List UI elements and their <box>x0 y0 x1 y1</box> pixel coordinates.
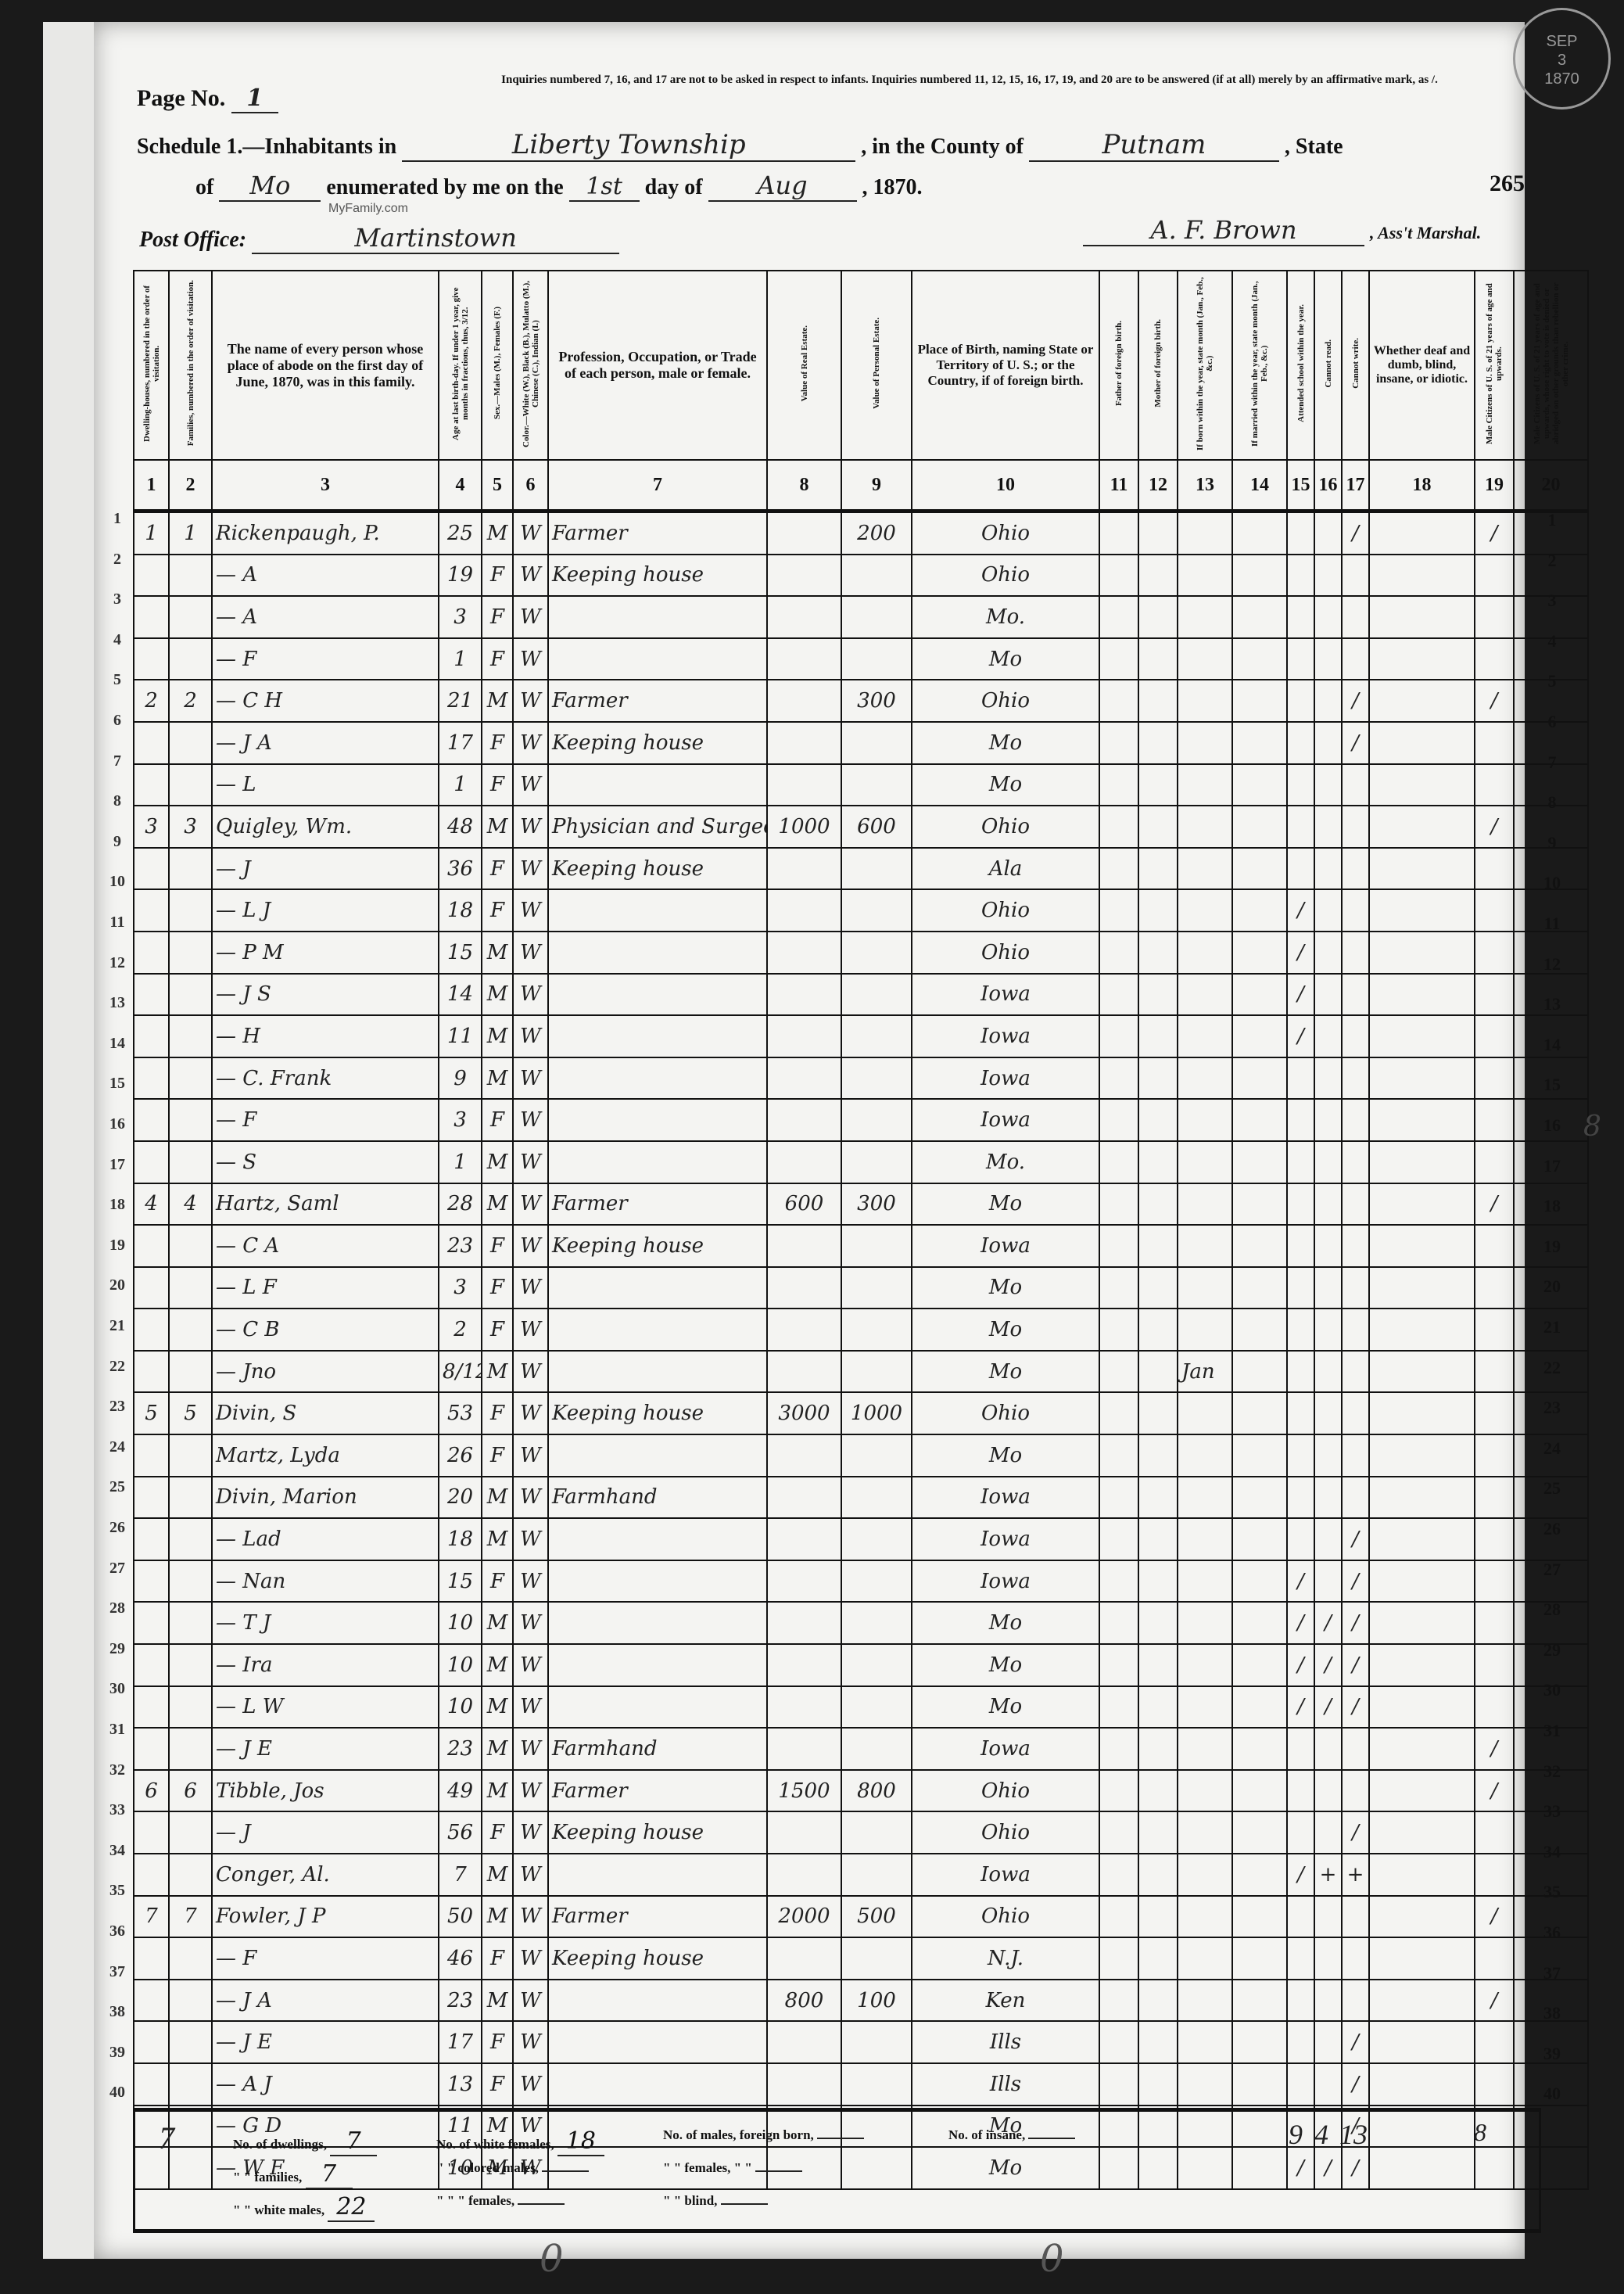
real-estate-value-cell <box>767 1057 841 1100</box>
column-number: 12 <box>1138 460 1178 512</box>
real-estate-value-cell: 1500 <box>767 1770 841 1812</box>
occupation-cell: Farmer <box>548 680 767 722</box>
occupation-cell <box>548 764 767 806</box>
married-within-year-cell <box>1232 2063 1287 2106</box>
foreign-males-label: No. of males, foreign born, <box>663 2127 814 2142</box>
foreign-females-summary: " " females, " " <box>663 2160 802 2176</box>
marshal-line: A. F. Brown , Ass't Marshal. <box>1083 215 1481 246</box>
color-cell: W <box>513 1518 548 1560</box>
male-citizen-cell: / <box>1475 1770 1514 1812</box>
cannot-write-cell <box>1342 1980 1369 2022</box>
post-office-value: Martinstown <box>252 223 619 254</box>
census-row: 11Rickenpaugh, P.25MWFarmer200Ohio// <box>134 512 1588 555</box>
male-citizen-cell <box>1475 722 1514 764</box>
census-row: — H11MWIowa/ <box>134 1015 1588 1057</box>
age-cell: 26 <box>439 1434 482 1477</box>
person-name-cell: — J A <box>212 722 439 764</box>
male-citizen-cell <box>1475 1267 1514 1309</box>
attended-school-cell: / <box>1287 1686 1314 1729</box>
vote-denied-cell <box>1514 680 1588 722</box>
colored-males-summary: " " colored males, <box>436 2160 589 2176</box>
real-estate-value-cell <box>767 1728 841 1770</box>
birthplace-cell: Ken <box>912 1980 1099 2022</box>
cannot-write-cell: / <box>1342 1518 1369 1560</box>
dwelling-number-cell <box>134 1267 169 1309</box>
person-name-cell: — Ira <box>212 1644 439 1686</box>
personal-estate-value-cell <box>841 1099 912 1141</box>
father-foreign-cell <box>1099 764 1138 806</box>
age-cell: 49 <box>439 1770 482 1812</box>
page-no-label: Page No. <box>137 85 225 111</box>
age-cell: 18 <box>439 889 482 932</box>
color-cell: W <box>513 1309 548 1351</box>
deaf-blind-cell <box>1369 2021 1475 2063</box>
attended-school-cell <box>1287 764 1314 806</box>
birthplace-cell: Iowa <box>912 1099 1099 1141</box>
attended-school-cell: / <box>1287 1560 1314 1603</box>
age-cell: 14 <box>439 974 482 1016</box>
male-citizen-cell <box>1475 1644 1514 1686</box>
vote-denied-cell <box>1514 512 1588 555</box>
vote-denied-cell <box>1514 2021 1588 2063</box>
col-header-real-estate: Value of Real Estate. <box>767 271 841 460</box>
married-within-year-cell <box>1232 1560 1287 1603</box>
marshal-signature: A. F. Brown <box>1083 215 1364 246</box>
dwelling-number-cell <box>134 1937 169 1980</box>
born-within-year-cell <box>1178 1854 1232 1896</box>
vote-denied-cell <box>1514 1392 1588 1434</box>
deaf-blind-cell <box>1369 806 1475 848</box>
cannot-read-cell <box>1314 806 1342 848</box>
attended-school-cell <box>1287 555 1314 597</box>
census-row: 44Hartz, Saml28MWFarmer600300Mo/ <box>134 1183 1588 1226</box>
cannot-read-cell <box>1314 764 1342 806</box>
enumerated-label: enumerated by me on the <box>326 175 563 199</box>
census-row: 77Fowler, J P50MWFarmer2000500Ohio/ <box>134 1896 1588 1938</box>
mother-foreign-cell <box>1138 974 1178 1016</box>
dwelling-number-cell <box>134 596 169 638</box>
color-cell: W <box>513 932 548 974</box>
census-row: — C A23FWKeeping houseIowa <box>134 1225 1588 1267</box>
personal-estate-value-cell <box>841 1015 912 1057</box>
census-row: 66Tibble, Jos49MWFarmer1500800Ohio/ <box>134 1770 1588 1812</box>
col-header-cannot-write: Cannot write. <box>1342 271 1369 460</box>
cannot-read-cell <box>1314 1392 1342 1434</box>
family-number-cell <box>169 1267 212 1309</box>
column-number-row: 1234567891011121314151617181920 <box>134 460 1588 512</box>
personal-estate-value-cell <box>841 1351 912 1393</box>
person-name-cell: — L J <box>212 889 439 932</box>
dwelling-number-cell <box>134 2063 169 2106</box>
cannot-read-cell <box>1314 1937 1342 1980</box>
real-estate-value-cell <box>767 764 841 806</box>
dwelling-number-cell: 1 <box>134 512 169 555</box>
mother-foreign-cell <box>1138 1351 1178 1393</box>
age-cell: 25 <box>439 512 482 555</box>
male-citizen-cell: / <box>1475 806 1514 848</box>
born-within-year-cell <box>1178 1015 1232 1057</box>
real-estate-value-cell <box>767 722 841 764</box>
person-name-cell: — A J <box>212 2063 439 2106</box>
family-number-cell <box>169 2021 212 2063</box>
birthplace-cell: Ohio <box>912 1896 1099 1938</box>
census-row: — J A17FWKeeping houseMo/ <box>134 722 1588 764</box>
attended-school-cell: / <box>1287 1854 1314 1896</box>
father-foreign-cell <box>1099 932 1138 974</box>
attended-school-cell: / <box>1287 974 1314 1016</box>
cannot-read-cell: / <box>1314 1686 1342 1729</box>
person-name-cell: — C A <box>212 1225 439 1267</box>
color-cell: W <box>513 2021 548 2063</box>
personal-estate-value-cell: 200 <box>841 512 912 555</box>
person-name-cell: — S <box>212 1141 439 1183</box>
mother-foreign-cell <box>1138 889 1178 932</box>
mother-foreign-cell <box>1138 764 1178 806</box>
attended-school-cell <box>1287 1728 1314 1770</box>
father-foreign-cell <box>1099 512 1138 555</box>
color-cell: W <box>513 889 548 932</box>
census-row: Martz, Lyda26FWMo <box>134 1434 1588 1477</box>
cannot-write-cell <box>1342 1434 1369 1477</box>
mother-foreign-cell <box>1138 1392 1178 1434</box>
sex-cell: F <box>482 1560 513 1603</box>
father-foreign-cell <box>1099 1183 1138 1226</box>
person-name-cell: — J A <box>212 1980 439 2022</box>
real-estate-value-cell <box>767 1477 841 1519</box>
real-estate-value-cell: 1000 <box>767 806 841 848</box>
personal-estate-value-cell <box>841 1602 912 1644</box>
sex-cell: M <box>482 1686 513 1729</box>
born-within-year-cell: Jan <box>1178 1351 1232 1393</box>
col-header-occupation: Profession, Occupation, or Trade of each… <box>548 271 767 460</box>
dwelling-number-cell <box>134 555 169 597</box>
total-cannot-write: 13 <box>1339 2118 1368 2151</box>
dwelling-number-cell: 2 <box>134 680 169 722</box>
born-within-year-cell <box>1178 1434 1232 1477</box>
day-of-label: day of <box>645 175 703 199</box>
father-foreign-cell <box>1099 1057 1138 1100</box>
cannot-write-cell <box>1342 1937 1369 1980</box>
attended-school-cell <box>1287 1811 1314 1854</box>
cannot-read-cell <box>1314 1099 1342 1141</box>
married-within-year-cell <box>1232 1225 1287 1267</box>
mother-foreign-cell <box>1138 1141 1178 1183</box>
attended-school-cell <box>1287 2063 1314 2106</box>
born-within-year-cell <box>1178 806 1232 848</box>
age-cell: 11 <box>439 1015 482 1057</box>
person-name-cell: — J E <box>212 1728 439 1770</box>
cannot-write-cell: + <box>1342 1854 1369 1896</box>
column-number: 3 <box>212 460 439 512</box>
father-foreign-cell <box>1099 1392 1138 1434</box>
birthplace-cell: Iowa <box>912 974 1099 1016</box>
mother-foreign-cell <box>1138 1477 1178 1519</box>
color-cell: W <box>513 1896 548 1938</box>
sex-cell: F <box>482 889 513 932</box>
person-name-cell: Hartz, Saml <box>212 1183 439 1226</box>
color-cell: W <box>513 1183 548 1226</box>
occupation-cell: Physician and Surgeon <box>548 806 767 848</box>
color-cell: W <box>513 1770 548 1812</box>
deaf-blind-cell <box>1369 848 1475 890</box>
col-header-name: The name of every person whose place of … <box>212 271 439 460</box>
attended-school-cell <box>1287 1099 1314 1141</box>
vote-denied-cell <box>1514 1225 1588 1267</box>
census-row: — A19FWKeeping houseOhio <box>134 555 1588 597</box>
age-cell: 23 <box>439 1980 482 2022</box>
real-estate-value-cell <box>767 1686 841 1729</box>
township-value: Liberty Township <box>402 129 855 162</box>
colored-males-value <box>542 2170 589 2172</box>
dwelling-number-cell <box>134 2021 169 2063</box>
foreign-females-value <box>755 2170 802 2172</box>
column-number: 4 <box>439 460 482 512</box>
deaf-blind-cell <box>1369 889 1475 932</box>
census-row: — T J10MWMo/// <box>134 1602 1588 1644</box>
married-within-year-cell <box>1232 1980 1287 2022</box>
personal-estate-value-cell <box>841 1686 912 1729</box>
real-estate-value-cell <box>767 932 841 974</box>
male-citizen-cell <box>1475 1057 1514 1100</box>
county-label: , in the County of <box>861 135 1024 159</box>
mother-foreign-cell <box>1138 806 1178 848</box>
left-row-number: 31 <box>102 1721 133 1739</box>
real-estate-value-cell: 3000 <box>767 1392 841 1434</box>
male-citizen-cell <box>1475 1686 1514 1729</box>
age-cell: 3 <box>439 1099 482 1141</box>
married-within-year-cell <box>1232 932 1287 974</box>
cannot-write-cell <box>1342 1392 1369 1434</box>
color-cell: W <box>513 1057 548 1100</box>
attended-school-cell <box>1287 722 1314 764</box>
father-foreign-cell <box>1099 1141 1138 1183</box>
cannot-write-cell: / <box>1342 1811 1369 1854</box>
cannot-read-cell <box>1314 1518 1342 1560</box>
married-within-year-cell <box>1232 1811 1287 1854</box>
cannot-write-cell <box>1342 638 1369 680</box>
attended-school-cell: / <box>1287 889 1314 932</box>
birthplace-cell: Iowa <box>912 1518 1099 1560</box>
dwelling-number-cell <box>134 1980 169 2022</box>
occupation-cell <box>548 1015 767 1057</box>
census-row: — L J18FWOhio/ <box>134 889 1588 932</box>
age-cell: 17 <box>439 2021 482 2063</box>
census-row: — L W10MWMo/// <box>134 1686 1588 1729</box>
enumeration-line: of Mo enumerated by me on the 1st day of… <box>195 171 923 202</box>
birthplace-cell: Mo <box>912 1434 1099 1477</box>
married-within-year-cell <box>1232 1267 1287 1309</box>
personal-estate-value-cell <box>841 1477 912 1519</box>
attended-school-cell: / <box>1287 1602 1314 1644</box>
column-number: 15 <box>1287 460 1314 512</box>
male-citizen-cell <box>1475 1099 1514 1141</box>
family-number-cell: 7 <box>169 1896 212 1938</box>
sex-cell: F <box>482 1937 513 1980</box>
married-within-year-cell <box>1232 1477 1287 1519</box>
attended-school-cell <box>1287 1351 1314 1393</box>
married-within-year-cell <box>1232 1434 1287 1477</box>
occupation-cell <box>548 1057 767 1100</box>
occupation-cell <box>548 889 767 932</box>
father-foreign-cell <box>1099 848 1138 890</box>
male-citizen-cell <box>1475 974 1514 1016</box>
cannot-write-cell <box>1342 1015 1369 1057</box>
married-within-year-cell <box>1232 1896 1287 1938</box>
family-number-cell <box>169 1309 212 1351</box>
age-cell: 50 <box>439 1896 482 1938</box>
color-cell: W <box>513 555 548 597</box>
total-male-citizens: 8 <box>1474 2118 1486 2147</box>
person-name-cell: — H <box>212 1015 439 1057</box>
family-number-cell <box>169 555 212 597</box>
family-number-cell <box>169 638 212 680</box>
vote-denied-cell <box>1514 1267 1588 1309</box>
cannot-read-cell <box>1314 1141 1342 1183</box>
vote-denied-cell <box>1514 1896 1588 1938</box>
male-citizen-cell <box>1475 889 1514 932</box>
father-foreign-cell <box>1099 1309 1138 1351</box>
sex-cell: M <box>482 1896 513 1938</box>
father-foreign-cell <box>1099 680 1138 722</box>
census-row: — F3FWIowa <box>134 1099 1588 1141</box>
birthplace-cell: Iowa <box>912 1728 1099 1770</box>
person-name-cell: — C. Frank <box>212 1057 439 1100</box>
married-within-year-cell <box>1232 1351 1287 1393</box>
married-within-year-cell <box>1232 722 1287 764</box>
left-row-number: 11 <box>102 914 133 932</box>
married-within-year-cell <box>1232 1644 1287 1686</box>
cannot-write-cell: / <box>1342 722 1369 764</box>
dwellings-summary: No. of dwellings, 7 <box>233 2127 377 2156</box>
cannot-read-cell <box>1314 680 1342 722</box>
col-header-born-within-year: If born within the year, state month (Ja… <box>1178 271 1232 460</box>
birthplace-cell: Iowa <box>912 1225 1099 1267</box>
attended-school-cell <box>1287 1392 1314 1434</box>
dwelling-number-cell: 7 <box>134 1896 169 1938</box>
male-citizen-cell <box>1475 555 1514 597</box>
age-cell: 1 <box>439 638 482 680</box>
age-cell: 15 <box>439 1560 482 1603</box>
birthplace-cell: Mo <box>912 1309 1099 1351</box>
birthplace-cell: Ohio <box>912 680 1099 722</box>
birthplace-cell: Ohio <box>912 889 1099 932</box>
male-citizen-cell <box>1475 1392 1514 1434</box>
white-males-summary: " " white males, 22 <box>233 2193 375 2222</box>
person-name-cell: — J <box>212 848 439 890</box>
col-header-mother-foreign: Mother of foreign birth. <box>1138 271 1178 460</box>
personal-estate-value-cell <box>841 1518 912 1560</box>
mother-foreign-cell <box>1138 1602 1178 1644</box>
dwelling-number-cell <box>134 1602 169 1644</box>
married-within-year-cell <box>1232 1099 1287 1141</box>
family-number-cell <box>169 889 212 932</box>
male-citizen-cell <box>1475 932 1514 974</box>
census-row: — J36FWKeeping houseAla <box>134 848 1588 890</box>
married-within-year-cell <box>1232 1854 1287 1896</box>
attended-school-cell <box>1287 596 1314 638</box>
sex-cell: M <box>482 1351 513 1393</box>
column-number: 8 <box>767 460 841 512</box>
married-within-year-cell <box>1232 1141 1287 1183</box>
deaf-blind-cell <box>1369 722 1475 764</box>
dwelling-number-cell <box>134 1811 169 1854</box>
dwelling-number-cell <box>134 1477 169 1519</box>
day-value: 1st <box>569 173 640 202</box>
family-number-cell <box>169 1434 212 1477</box>
foreign-males-value <box>817 2138 864 2139</box>
vote-denied-cell <box>1514 1183 1588 1226</box>
married-within-year-cell <box>1232 512 1287 555</box>
born-within-year-cell <box>1178 1770 1232 1812</box>
sex-cell: F <box>482 1811 513 1854</box>
father-foreign-cell <box>1099 1477 1138 1519</box>
deaf-blind-cell <box>1369 1267 1475 1309</box>
left-row-number: 20 <box>102 1276 133 1294</box>
white-males-value: 22 <box>328 2193 375 2222</box>
insane-summary: No. of insane, <box>948 2127 1075 2143</box>
deaf-blind-cell <box>1369 1937 1475 1980</box>
father-foreign-cell <box>1099 1811 1138 1854</box>
vote-denied-cell <box>1514 1309 1588 1351</box>
cannot-read-cell <box>1314 889 1342 932</box>
deaf-blind-cell <box>1369 1644 1475 1686</box>
sex-cell: F <box>482 638 513 680</box>
dwelling-number-cell <box>134 1057 169 1100</box>
person-name-cell: — Nan <box>212 1560 439 1603</box>
sex-cell: M <box>482 1770 513 1812</box>
real-estate-value-cell <box>767 2021 841 2063</box>
colored-females-value <box>518 2203 565 2205</box>
cannot-read-cell: / <box>1314 1602 1342 1644</box>
dwelling-number-cell <box>134 1854 169 1896</box>
age-cell: 20 <box>439 1477 482 1519</box>
male-citizen-cell <box>1475 638 1514 680</box>
occupation-cell <box>548 932 767 974</box>
census-row: — J56FWKeeping houseOhio/ <box>134 1811 1588 1854</box>
dwelling-number-cell <box>134 1309 169 1351</box>
person-name-cell: Divin, S <box>212 1392 439 1434</box>
attended-school-cell: / <box>1287 1644 1314 1686</box>
person-name-cell: — L W <box>212 1686 439 1729</box>
color-cell: W <box>513 1351 548 1393</box>
attended-school-cell <box>1287 1896 1314 1938</box>
male-citizen-cell <box>1475 764 1514 806</box>
sex-cell: F <box>482 722 513 764</box>
father-foreign-cell <box>1099 1686 1138 1729</box>
real-estate-value-cell <box>767 512 841 555</box>
sex-cell: M <box>482 932 513 974</box>
blind-value <box>721 2203 768 2205</box>
born-within-year-cell <box>1178 1811 1232 1854</box>
married-within-year-cell <box>1232 1770 1287 1812</box>
cannot-read-cell <box>1314 1477 1342 1519</box>
occupation-cell <box>548 1434 767 1477</box>
married-within-year-cell <box>1232 1728 1287 1770</box>
birthplace-cell: Mo <box>912 764 1099 806</box>
vote-denied-cell <box>1514 1644 1588 1686</box>
age-cell: 17 <box>439 722 482 764</box>
father-foreign-cell <box>1099 2063 1138 2106</box>
born-within-year-cell <box>1178 1267 1232 1309</box>
cannot-read-cell <box>1314 638 1342 680</box>
watermark: MyFamily.com <box>328 202 408 216</box>
male-citizen-cell: / <box>1475 512 1514 555</box>
sex-cell: M <box>482 512 513 555</box>
family-number-cell <box>169 1225 212 1267</box>
person-name-cell: — F <box>212 1937 439 1980</box>
personal-estate-value-cell <box>841 1225 912 1267</box>
attended-school-cell <box>1287 806 1314 848</box>
